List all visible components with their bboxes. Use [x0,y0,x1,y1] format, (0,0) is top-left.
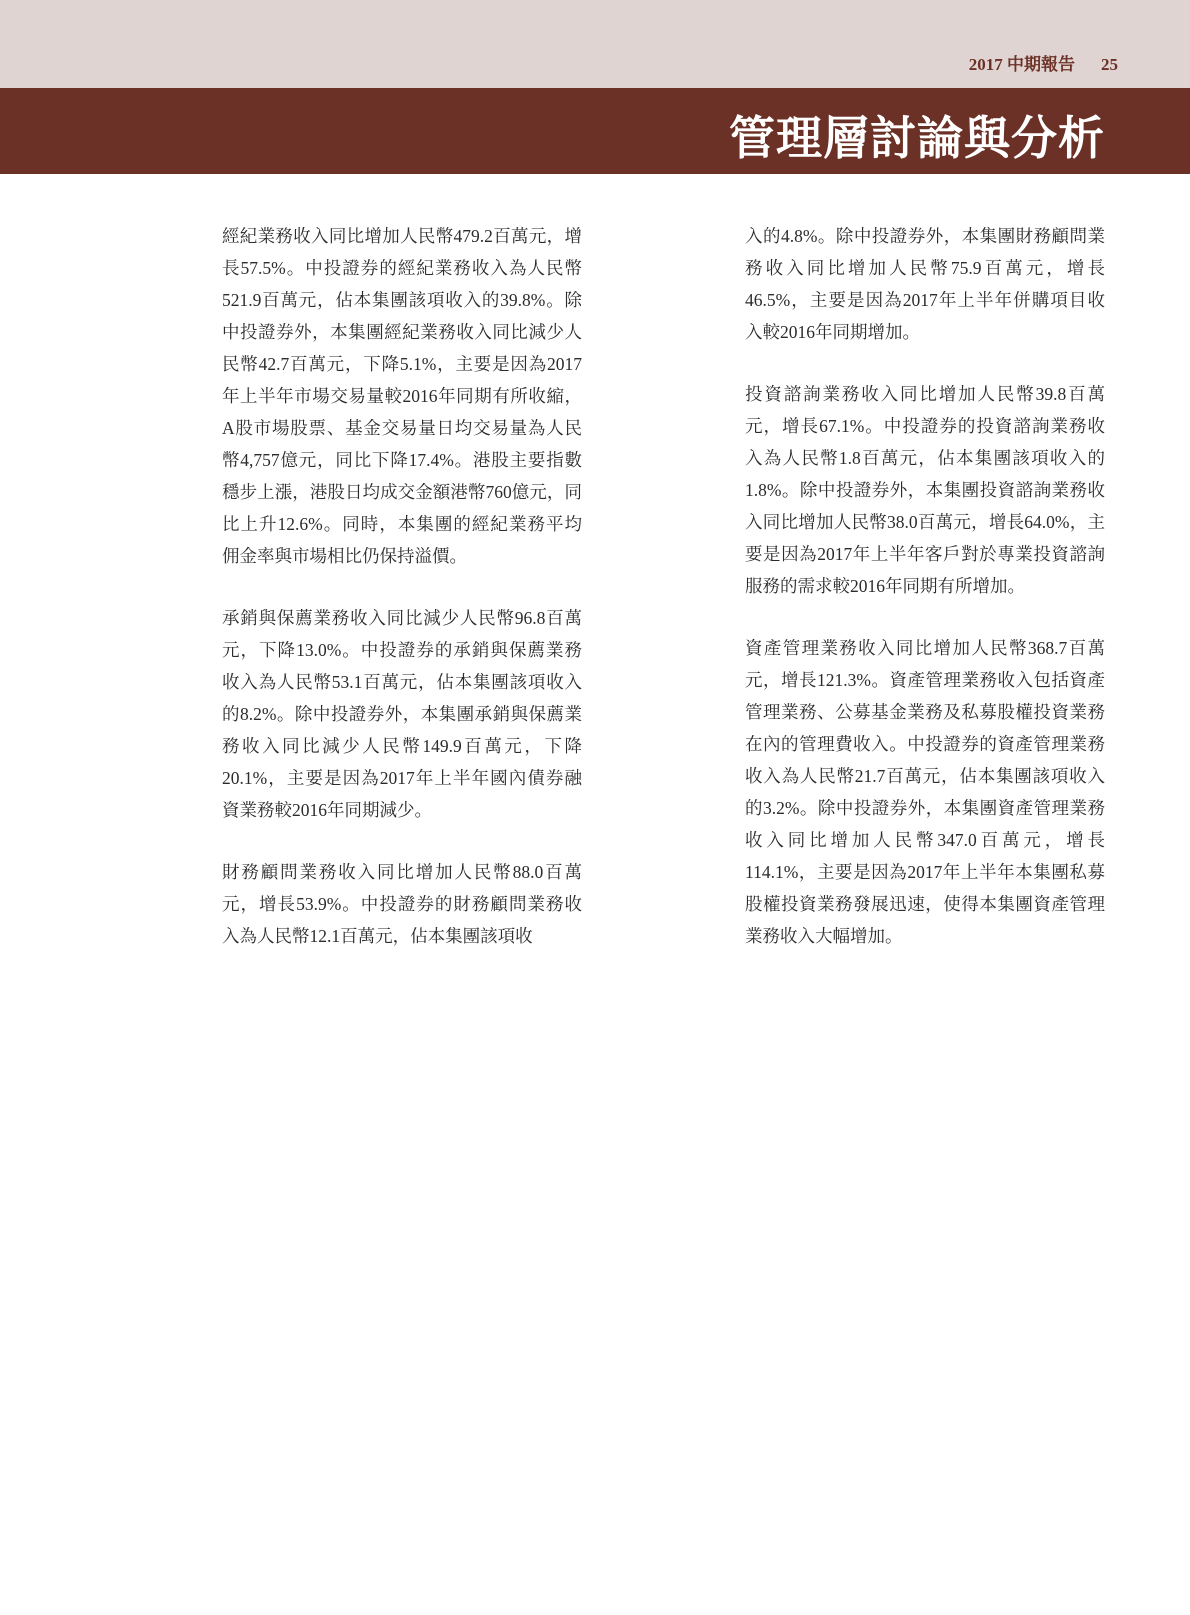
page-number: 25 [1101,55,1118,74]
paragraph-underwriting: 承銷與保薦業務收入同比減少人民幣96.8百萬元，下降13.0%。中投證券的承銷與… [222,602,582,826]
paragraph-asset-management: 資產管理業務收入同比增加人民幣368.7百萬元，增長121.3%。資產管理業務收… [745,632,1105,952]
running-head: 2017 中期報告25 [969,50,1118,75]
paragraph-financial-advisory: 財務顧問業務收入同比增加人民幣88.0百萬元，增長53.9%。中投證券的財務顧問… [222,856,582,952]
header-top-band: 2017 中期報告25 [0,0,1190,88]
section-title-band: 管理層討論與分析 [0,88,1190,174]
paragraph-investment-advisory: 投資諮詢業務收入同比增加人民幣39.8百萬元，增長67.1%。中投證券的投資諮詢… [745,378,1105,602]
report-title: 2017 中期報告 [969,55,1075,74]
section-title: 管理層討論與分析 [729,102,1105,168]
left-column: 經紀業務收入同比增加人民幣479.2百萬元，增長57.5%。中投證券的經紀業務收… [222,220,582,982]
paragraph-financial-advisory-cont: 入的4.8%。除中投證券外，本集團財務顧問業務收入同比增加人民幣75.9百萬元，… [745,220,1105,348]
right-column: 入的4.8%。除中投證券外，本集團財務顧問業務收入同比增加人民幣75.9百萬元，… [745,220,1105,982]
paragraph-brokerage: 經紀業務收入同比增加人民幣479.2百萬元，增長57.5%。中投證券的經紀業務收… [222,220,582,572]
